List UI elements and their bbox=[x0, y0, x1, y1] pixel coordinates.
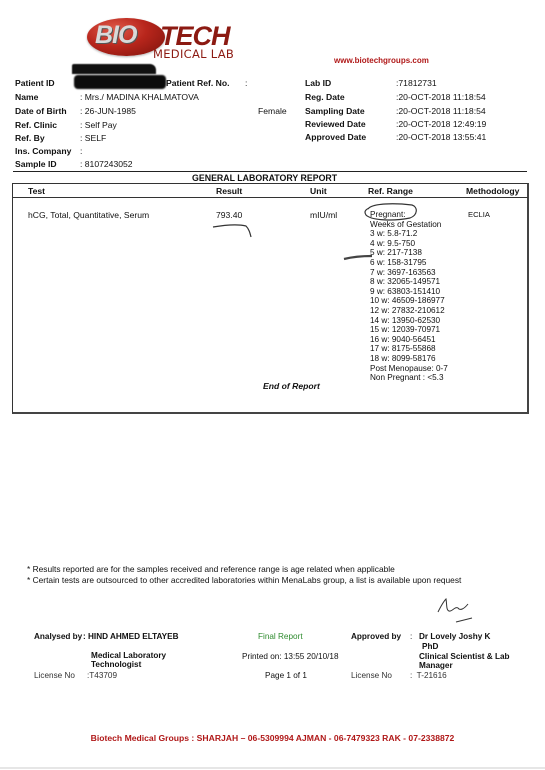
page-bottom-edge bbox=[0, 767, 545, 769]
circle-mark bbox=[365, 204, 416, 220]
approver-title-1: Clinical Scientist & Lab bbox=[419, 652, 510, 661]
license-value-right: : T-21616 bbox=[410, 671, 447, 680]
printed-on: Printed on: 13:55 20/10/18 bbox=[242, 652, 339, 661]
approved-by-colon: : bbox=[410, 632, 412, 641]
analysed-by-label: Analysed by bbox=[34, 632, 82, 641]
approver-degree: PhD bbox=[422, 642, 438, 651]
license-value-left: :T43709 bbox=[87, 671, 117, 680]
analysed-by-value: : HIND AHMED ELTAYEB bbox=[83, 632, 179, 641]
approver-name: Dr Lovely Joshy K bbox=[419, 632, 490, 641]
approved-by-label: Approved by bbox=[351, 632, 401, 641]
approver-title-2: Manager bbox=[419, 661, 453, 670]
analyst-title-2: Technologist bbox=[91, 660, 141, 669]
note-1: * Results reported are for the samples r… bbox=[27, 564, 395, 574]
report-status: Final Report bbox=[258, 632, 303, 641]
dash-mark bbox=[344, 256, 372, 259]
license-label-right: License No bbox=[351, 671, 392, 680]
underline-mark bbox=[213, 225, 251, 237]
analyst-title-1: Medical Laboratory bbox=[91, 651, 166, 660]
page-number: Page 1 of 1 bbox=[265, 671, 307, 680]
license-label-left: License No bbox=[34, 671, 75, 680]
note-2: * Certain tests are outsourced to other … bbox=[27, 575, 461, 585]
signature-mark bbox=[438, 599, 468, 612]
footer-contacts: Biotech Medical Groups : SHARJAH – 06-53… bbox=[0, 733, 545, 743]
